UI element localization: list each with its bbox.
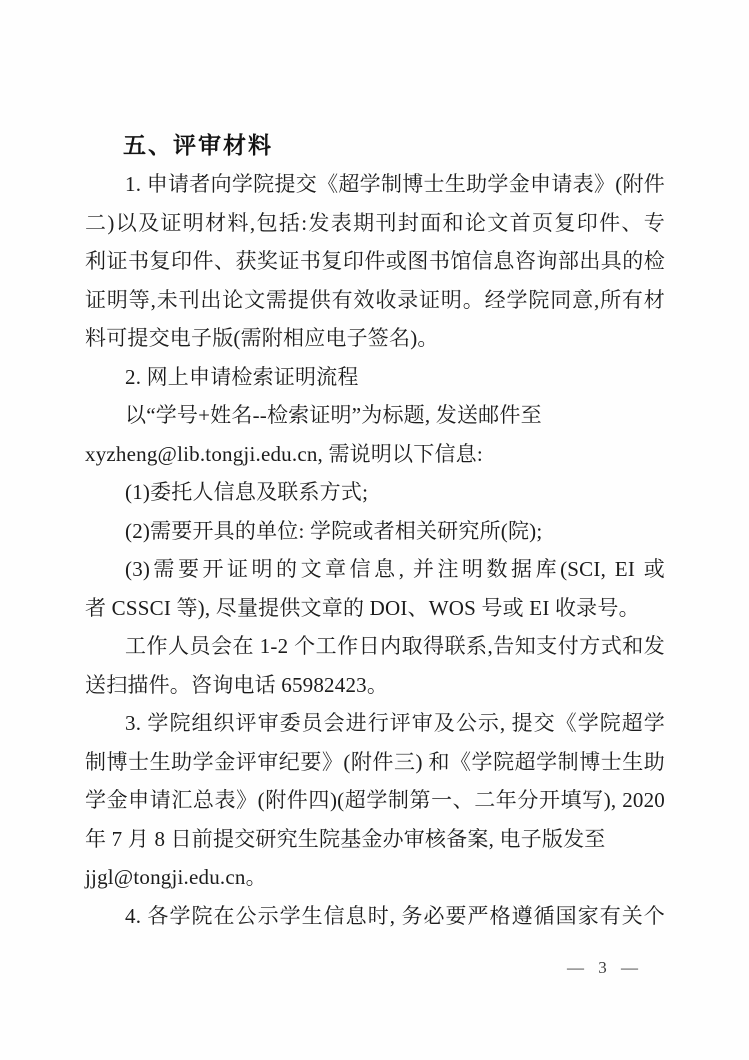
- text-line: 学金申请汇总表》(附件四)(超学制第一、二年分开填写), 2020: [85, 781, 665, 820]
- document-page: 五、评审材料 1. 申请者向学院提交《超学制博士生助学金申请表》(附件二)以及证…: [0, 0, 749, 1060]
- text-line: xyzheng@lib.tongji.edu.cn, 需说明以下信息:: [85, 435, 665, 474]
- text-line: 以“学号+姓名--检索证明”为标题, 发送邮件至: [85, 396, 665, 435]
- text-line: 工作人员会在 1-2 个工作日内取得联系,告知支付方式和发: [85, 627, 665, 666]
- text-line: 二)以及证明材料,包括:发表期刊封面和论文首页复印件、专: [85, 204, 665, 243]
- document-body: 1. 申请者向学院提交《超学制博士生助学金申请表》(附件二)以及证明材料,包括:…: [85, 165, 665, 935]
- page-number: — 3 —: [567, 958, 643, 978]
- text-line: 2. 网上申请检索证明流程: [85, 358, 665, 397]
- text-line: 3. 学院组织评审委员会进行评审及公示, 提交《学院超学: [85, 704, 665, 743]
- text-line: 送扫描件。咨询电话 65982423。: [85, 666, 665, 705]
- text-line: 料可提交电子版(需附相应电子签名)。: [85, 319, 665, 358]
- document-content: 五、评审材料 1. 申请者向学院提交《超学制博士生助学金申请表》(附件二)以及证…: [85, 125, 665, 935]
- text-line: 利证书复印件、获奖证书复印件或图书馆信息咨询部出具的检索: [85, 242, 665, 281]
- text-line: 4. 各学院在公示学生信息时, 务必要严格遵循国家有关个: [85, 897, 665, 936]
- text-line: 证明等,未刊出论文需提供有效收录证明。经学院同意,所有材: [85, 281, 665, 320]
- text-line: (1)委托人信息及联系方式;: [85, 473, 665, 512]
- text-line: 1. 申请者向学院提交《超学制博士生助学金申请表》(附件: [85, 165, 665, 204]
- text-line: (2)需要开具的单位: 学院或者相关研究所(院);: [85, 512, 665, 551]
- text-line: jjgl@tongji.edu.cn。: [85, 858, 665, 897]
- text-line: 制博士生助学金评审纪要》(附件三) 和《学院超学制博士生助: [85, 743, 665, 782]
- text-line: (3)需要开证明的文章信息, 并注明数据库(SCI, EI 或: [85, 550, 665, 589]
- text-line: 者 CSSCI 等), 尽量提供文章的 DOI、WOS 号或 EI 收录号。: [85, 589, 665, 628]
- text-line: 年 7 月 8 日前提交研究生院基金办审核备案, 电子版发至: [85, 820, 665, 859]
- section-heading: 五、评审材料: [85, 125, 665, 165]
